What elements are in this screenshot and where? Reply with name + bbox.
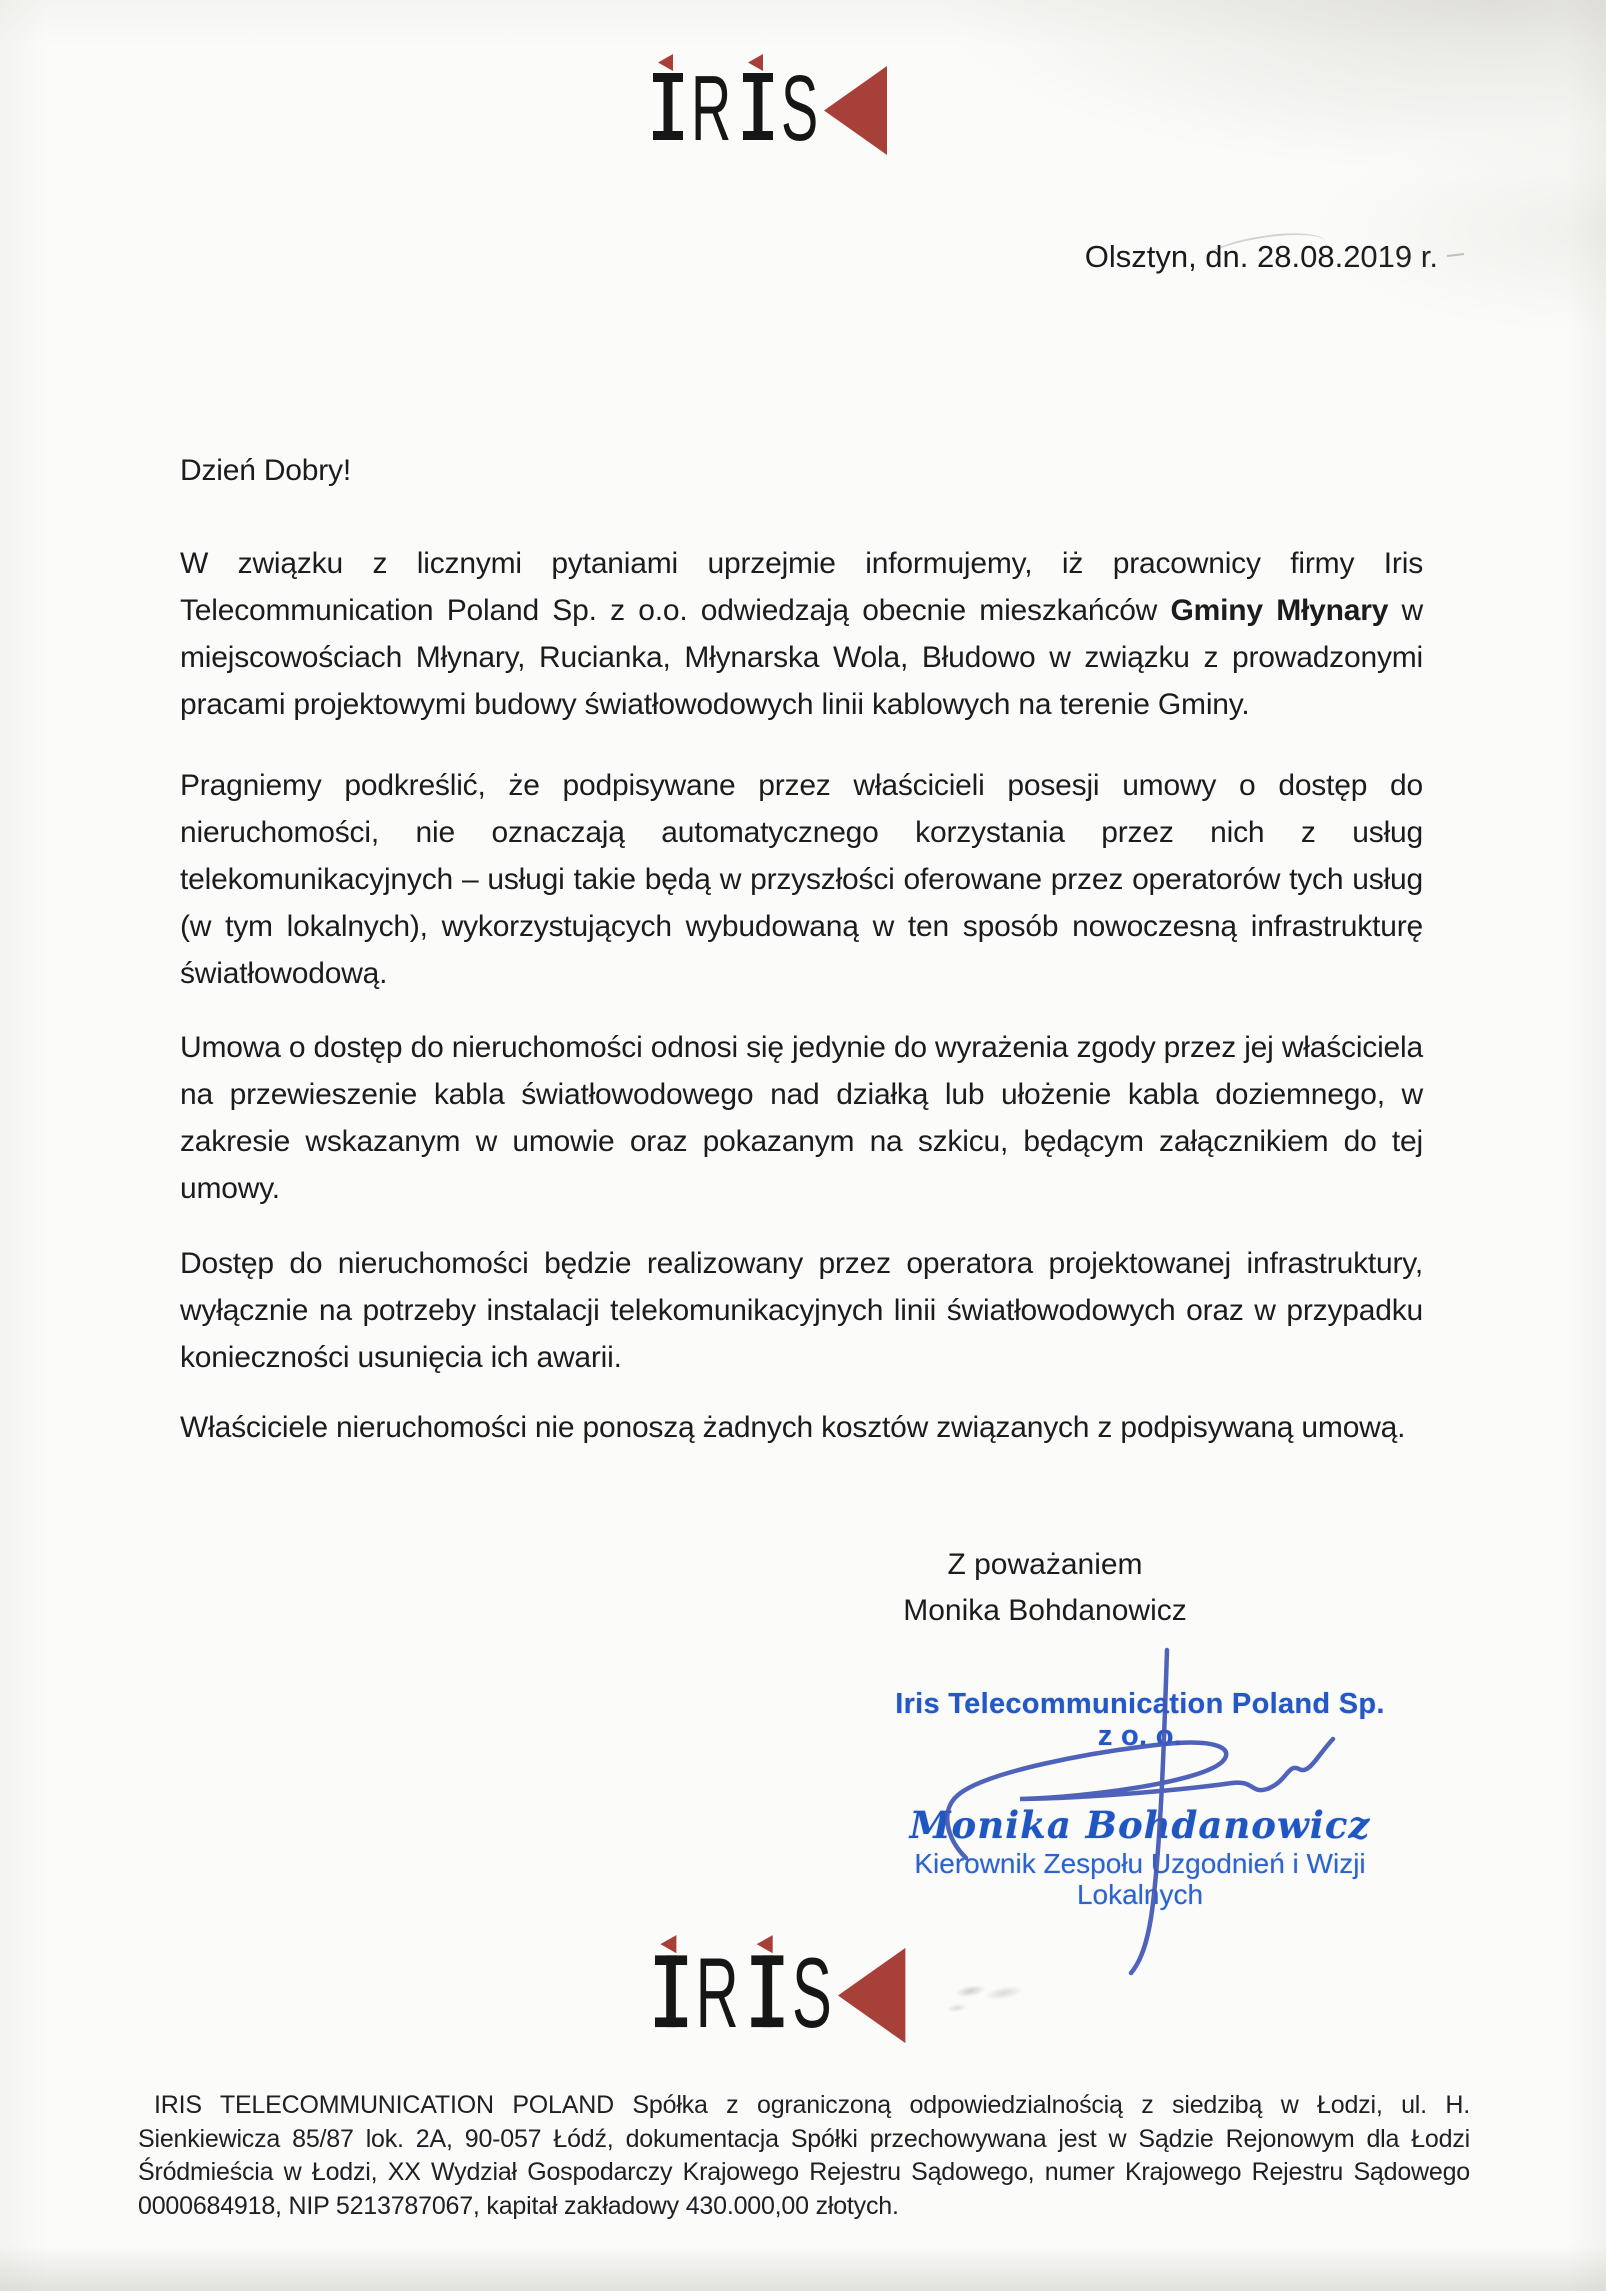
- footer-legal-text: IRIS TELECOMMUNICATION POLAND Spółka z o…: [138, 2089, 1470, 2223]
- logo-triangle-icon: [824, 66, 887, 155]
- scanned-letter-page: R S Olsztyn, dn. 28.08.2019 r. Dzień Dob…: [0, 0, 1606, 2291]
- logo-letter-i: [743, 54, 773, 140]
- logo-letter-r: R: [691, 58, 731, 157]
- pencil-mark: [1447, 253, 1464, 257]
- paragraph-1-bold-text: Gminy Młynary: [1171, 594, 1389, 627]
- logo-letter-i: [751, 1935, 783, 2027]
- closing-salutation: Z poważaniem: [880, 1542, 1210, 1588]
- paragraph-5: Właściciele nieruchomości nie ponoszą ża…: [180, 1404, 1423, 1451]
- logo-letter-i: [655, 1935, 687, 2027]
- iris-logo-bottom: R S: [655, 1934, 912, 2045]
- paragraph-1: W związku z licznymi pytaniami uprzejmie…: [180, 540, 1423, 728]
- greeting: Dzień Dobry!: [180, 447, 1423, 494]
- logo-red-dot-icon: [660, 1935, 676, 1953]
- handwritten-signature: [900, 1628, 1370, 2048]
- signature-swoosh-stroke: [947, 1739, 1333, 1858]
- logo-red-dot-icon: [658, 54, 673, 71]
- signature-vertical-stroke: [1131, 1650, 1167, 1973]
- logo-triangle-icon: [838, 1948, 905, 2043]
- logo-letter-i: [653, 54, 683, 140]
- paragraph-4: Dostęp do nieruchomości będzie realizowa…: [180, 1240, 1423, 1381]
- paragraph-3: Umowa o dostęp do nieruchomości odnosi s…: [180, 1024, 1423, 1212]
- logo-red-dot-icon: [748, 54, 763, 71]
- logo-red-dot-icon: [757, 1935, 773, 1953]
- logo-letter-r: R: [696, 1939, 739, 2046]
- closing-block: Z poważaniem Monika Bohdanowicz: [880, 1542, 1210, 1634]
- logo-letter-s: S: [781, 58, 818, 157]
- date-line: Olsztyn, dn. 28.08.2019 r.: [1085, 237, 1438, 277]
- iris-logo-top: R S: [653, 53, 893, 157]
- paragraph-2: Pragniemy podkreślić, że podpisywane prz…: [180, 762, 1423, 997]
- logo-letter-s: S: [792, 1939, 832, 2046]
